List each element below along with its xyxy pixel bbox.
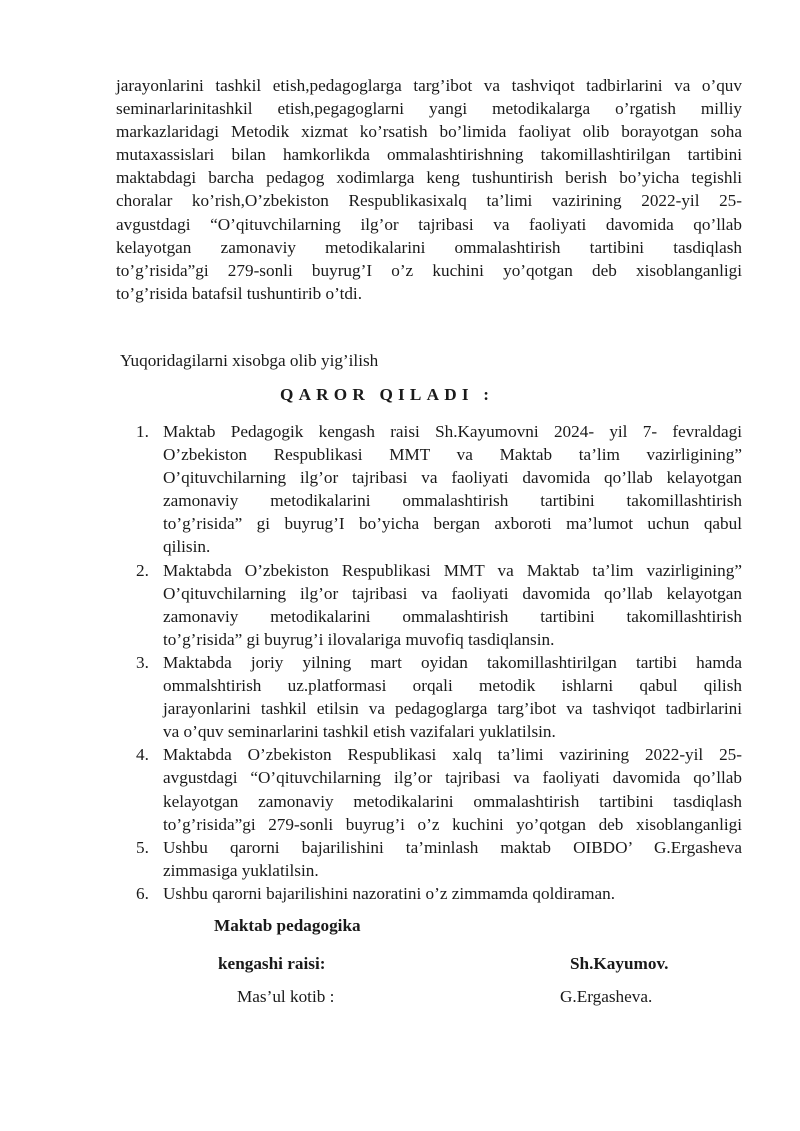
signature-title-line2: kengashi raisi:: [218, 954, 325, 974]
item-line: Ushbu qarorni bajarilishini ta’minlash m…: [163, 836, 742, 859]
item-line: O’qituvchilarning ilg’or tajribasi va fa…: [163, 582, 742, 605]
paragraph-line: mutaxassislari bilan hamkorlikda ommalas…: [116, 143, 742, 166]
item-number: 1.: [136, 420, 149, 443]
intro-text: Yuqoridagilarni xisobga olib yig’ilish: [120, 351, 378, 371]
item-number: 6.: [136, 882, 149, 905]
item-line: Maktabda O’zbekiston Respublikasi xalq t…: [163, 743, 742, 766]
item-number: 3.: [136, 651, 149, 674]
paragraph-line: to’g’risida batafsil tushuntirib o’tdi.: [116, 282, 742, 305]
paragraph-line: kelayotgan zamonaviy metodikalarini omma…: [116, 236, 742, 259]
item-line: Maktabda O’zbekiston Respublikasi MMT va…: [163, 559, 742, 582]
list-item: 5. Ushbu qarorni bajarilishini ta’minlas…: [136, 836, 742, 882]
item-line: ommalshtirish uz.platformasi orqali meto…: [163, 674, 742, 697]
item-line: O’zbekiston Respublikasi MMT va Maktab t…: [163, 443, 742, 466]
item-line: to’g’risida” gi buyrug’I bo’yicha bergan…: [163, 512, 742, 535]
paragraph-line: avgustdagi “O’qituvchilarning ilg’or taj…: [116, 213, 742, 236]
item-number: 5.: [136, 836, 149, 859]
item-number: 2.: [136, 559, 149, 582]
opening-paragraph: jarayonlarini tashkil etish,pedagoglarga…: [116, 74, 742, 305]
item-line: va o’quv seminarlarini tashkil etish vaz…: [163, 720, 742, 743]
list-item: 4. Maktabda O’zbekiston Respublikasi xal…: [136, 743, 742, 835]
document-page: jarayonlarini tashkil etish,pedagoglarga…: [0, 0, 800, 1131]
signature-title-line1: Maktab pedagogika: [214, 916, 361, 936]
list-item: 2. Maktabda O’zbekiston Respublikasi MMT…: [136, 559, 742, 651]
item-number: 4.: [136, 743, 149, 766]
item-line: Maktabda joriy yilning mart oyidan takom…: [163, 651, 742, 674]
list-item: 6. Ushbu qarorni bajarilishini nazoratin…: [136, 882, 742, 905]
item-line: jarayonlarini tashkil etilsin va pedagog…: [163, 697, 742, 720]
chair-name: Sh.Kayumov.: [570, 954, 668, 974]
item-line: zamonaviy metodikalarini ommalashtirish …: [163, 489, 742, 512]
secretary-name: G.Ergasheva.: [560, 987, 652, 1007]
list-item: 1. Maktab Pedagogik kengash raisi Sh.Kay…: [136, 420, 742, 559]
paragraph-line: to’g’risida”gi 279-sonli buyrug’I o’z ku…: [116, 259, 742, 282]
paragraph-line: maktabdagi barcha pedagog xodimlarga ken…: [116, 166, 742, 189]
item-line: qilisin.: [163, 535, 742, 558]
item-line: to’g’risida”gi 279-sonli buyrug’i o’z ku…: [163, 813, 742, 836]
list-item: 3. Maktabda joriy yilning mart oyidan ta…: [136, 651, 742, 743]
paragraph-line: choralar ko’rish,O’zbekiston Respublikas…: [116, 189, 742, 212]
item-line: zimmasiga yuklatilsin.: [163, 859, 742, 882]
paragraph-line: seminarlarinitashkil etish,pegagoglarni …: [116, 97, 742, 120]
item-line: zamonaviy metodikalarini ommalashtirish …: [163, 605, 742, 628]
item-line: Ushbu qarorni bajarilishini nazoratini o…: [163, 882, 742, 905]
paragraph-line: markazlaridagi Metodik xizmat ko’rsatish…: [116, 120, 742, 143]
item-line: kelayotgan zamonaviy metodikalarini omma…: [163, 790, 742, 813]
paragraph-line: jarayonlarini tashkil etish,pedagoglarga…: [116, 74, 742, 97]
item-line: to’g’risida” gi buyrug’i ilovalariga muv…: [163, 628, 742, 651]
item-line: Maktab Pedagogik kengash raisi Sh.Kayumo…: [163, 420, 742, 443]
item-line: avgustdagi “O’qituvchilarning ilg’or taj…: [163, 766, 742, 789]
item-line: O’qituvchilarning ilg’or tajribasi va fa…: [163, 466, 742, 489]
decision-list: 1. Maktab Pedagogik kengash raisi Sh.Kay…: [136, 420, 742, 905]
secretary-label: Mas’ul kotib :: [237, 987, 334, 1007]
decision-heading: QAROR QILADI :: [280, 385, 494, 405]
